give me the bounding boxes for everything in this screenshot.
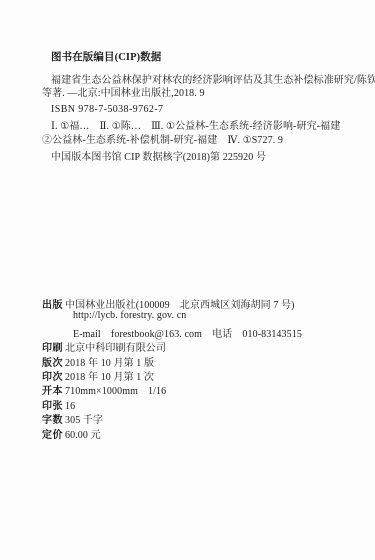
colophon-label: 印刷 <box>42 339 65 354</box>
colophon-row-website: http://lycb. forestry. gov. cn <box>42 310 360 324</box>
colophon-block: 出版 中国林业出版社(100009 北京西城区刘海胡同 7 号) http://… <box>42 296 360 440</box>
colophon-row-price: 定价 60.00 元 <box>42 426 360 440</box>
colophon-value: 60.00 元 <box>65 426 101 441</box>
colophon-row-publisher: 出版 中国林业出版社(100009 北京西城区刘海胡同 7 号) <box>42 296 360 310</box>
colophon-value: 2018 年 10 月第 1 版 <box>65 354 154 369</box>
colophon-value: 2018 年 10 月第 1 次 <box>65 368 154 383</box>
publisher-email-phone: E-mail forestbook@163. com 电话 010-831435… <box>65 325 302 340</box>
colophon-label: 开本 <box>42 382 65 397</box>
colophon-value: 北京中科印刷有限公司 <box>65 339 166 354</box>
colophon-row-printing: 印次 2018 年 10 月第 1 次 <box>42 368 360 382</box>
cip-description-line-2: 等著. —北京:中国林业出版社,2018. 9 <box>42 88 360 99</box>
colophon-value: 710mm×1000mm 1/16 <box>65 382 166 397</box>
book-copyright-page: 图书在版编目(CIP)数据 福建省生态公益林保护对林农的经济影响评估及其生态补偿… <box>0 0 375 560</box>
cip-classification-line-1: Ⅰ. ①福… Ⅱ. ①陈… Ⅲ. ①公益林-生态系统-经济影响-研究-福建 <box>42 121 369 132</box>
colophon-label: 出版 <box>42 296 65 311</box>
colophon-label: 版次 <box>42 354 65 369</box>
colophon-value: 中国林业出版社(100009 北京西城区刘海胡同 7 号) <box>65 296 295 311</box>
isbn-line: ISBN 978-7-5038-9762-7 <box>42 104 369 115</box>
colophon-label: 印次 <box>42 368 65 383</box>
cip-header: 图书在版编目(CIP)数据 <box>42 52 369 63</box>
colophon-row-format: 开本 710mm×1000mm 1/16 <box>42 382 360 396</box>
colophon-value: 305 千字 <box>65 411 103 426</box>
colophon-row-email-phone: E-mail forestbook@163. com 电话 010-831435… <box>42 325 360 339</box>
colophon-row-edition: 版次 2018 年 10 月第 1 版 <box>42 354 360 368</box>
colophon-row-sheets: 印张 16 <box>42 397 360 411</box>
colophon-row-printer: 印刷 北京中科印刷有限公司 <box>42 339 360 353</box>
colophon-row-wordcount: 字数 305 千字 <box>42 411 360 425</box>
colophon-value: 16 <box>65 401 75 412</box>
colophon-label: 印张 <box>42 397 65 412</box>
colophon-label: 字数 <box>42 411 65 426</box>
cip-record-number: 中国版本图书馆 CIP 数据核字(2018)第 225920 号 <box>42 152 369 163</box>
cip-classification-line-2: ②公益林-生态系统-补偿机制-研究-福建 Ⅳ. ①S727. 9 <box>42 135 360 146</box>
publisher-url: http://lycb. forestry. gov. cn <box>65 310 186 321</box>
colophon-label: 定价 <box>42 426 65 441</box>
cip-description-line-1: 福建省生态公益林保护对林农的经济影响评估及其生态补偿标准研究/陈钦 <box>42 75 369 86</box>
